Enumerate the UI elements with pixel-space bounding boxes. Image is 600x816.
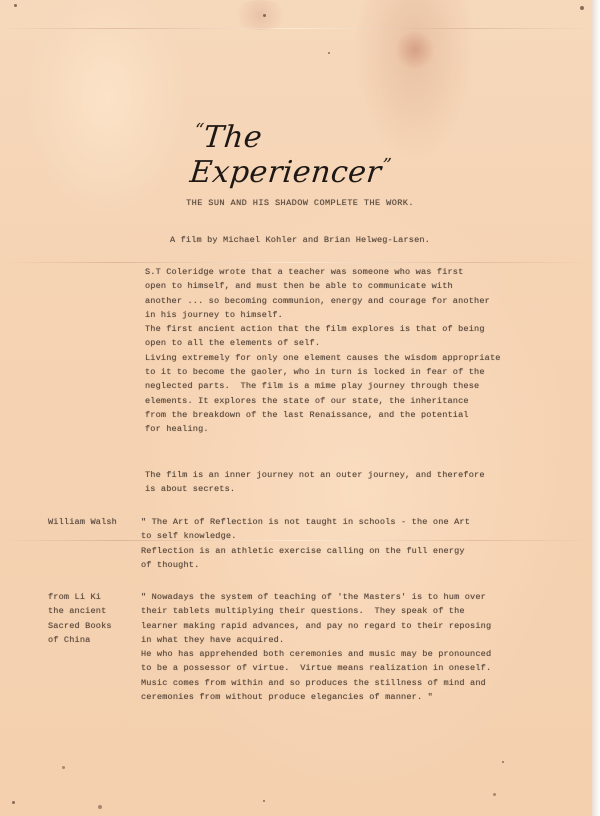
paper-speck xyxy=(263,14,266,17)
text-line: the ancient xyxy=(48,604,112,618)
text-line: open to all the elements of self. xyxy=(145,336,501,350)
text-line: William Walsh xyxy=(48,515,117,529)
text-line: their tablets multiplying their question… xyxy=(141,604,491,618)
paper-stain xyxy=(395,30,435,70)
text-line: " Nowadays the system of teaching of 'th… xyxy=(141,590,491,604)
text-line: is about secrets. xyxy=(145,482,485,496)
text-line: Living extremely for only one element ca… xyxy=(145,351,501,365)
text-line: to it to become the gaoler, who in turn … xyxy=(145,365,501,379)
text-line: The first ancient action that the film e… xyxy=(145,322,501,336)
paper-speck xyxy=(62,766,65,769)
secrets-paragraph: The film is an inner journey not an oute… xyxy=(145,468,485,497)
text-line: Reflection is an athletic exercise calli… xyxy=(141,544,470,558)
text-line: neglected parts. The film is a mime play… xyxy=(145,379,501,393)
quote-li-ki: " Nowadays the system of teaching of 'th… xyxy=(141,590,491,704)
text-line: from Li Ki xyxy=(48,590,112,604)
text-line: open to himself, and must then be able t… xyxy=(145,279,501,293)
paper-speck xyxy=(263,800,265,802)
intro-paragraph: S.T Coleridge wrote that a teacher was s… xyxy=(145,265,501,437)
text-line: ceremonies from without produce eleganci… xyxy=(141,690,491,704)
title-close-quote: ” xyxy=(381,155,393,176)
text-line: He who has apprehended both ceremonies a… xyxy=(141,647,491,661)
text-line: to be a possessor of virtue. Virtue mean… xyxy=(141,661,491,675)
text-line: Sacred Books xyxy=(48,619,112,633)
text-line: " The Art of Reflection is not taught in… xyxy=(141,515,470,529)
text-line: The film is an inner journey not an oute… xyxy=(145,468,485,482)
paper-speck xyxy=(12,801,15,804)
paper-speck xyxy=(493,793,496,796)
text-line: of China xyxy=(48,633,112,647)
text-line: elements. It explores the state of our s… xyxy=(145,394,501,408)
text-line: to self knowledge. xyxy=(141,529,470,543)
quote-walsh: " The Art of Reflection is not taught in… xyxy=(141,515,470,572)
text-line: S.T Coleridge wrote that a teacher was s… xyxy=(145,265,501,279)
paper-speck xyxy=(328,52,330,54)
paper-stain xyxy=(230,0,290,30)
text-line: of thought. xyxy=(141,558,470,572)
text-line: another ... so becoming communion, energ… xyxy=(145,294,501,308)
quote-attribution-walsh: William Walsh xyxy=(48,515,117,529)
scan-edge xyxy=(592,0,600,816)
paper-crease xyxy=(0,28,592,29)
text-line: Music comes from within and so produces … xyxy=(141,676,491,690)
paper-speck xyxy=(580,6,584,10)
text-line: from the breakdown of the last Renaissan… xyxy=(145,408,501,422)
paper-speck xyxy=(14,4,17,7)
document-title: “The Experiencer” xyxy=(188,120,455,190)
text-line: learner making rapid advances, and pay n… xyxy=(141,619,491,633)
text-line: in his journey to himself. xyxy=(145,308,501,322)
film-credit: A film by Michael Kohler and Brian Helwe… xyxy=(0,233,600,247)
title-text: The Experiencer xyxy=(188,120,383,190)
quote-attribution-li-ki: from Li Kithe ancientSacred Booksof Chin… xyxy=(48,590,112,647)
text-line: in what they have acquired. xyxy=(141,633,491,647)
paper-speck xyxy=(98,805,102,809)
text-line: for healing. xyxy=(145,422,501,436)
paper-crease xyxy=(0,262,592,263)
paper-speck xyxy=(502,761,504,763)
subtitle: THE SUN AND HIS SHADOW COMPLETE THE WORK… xyxy=(0,196,600,210)
